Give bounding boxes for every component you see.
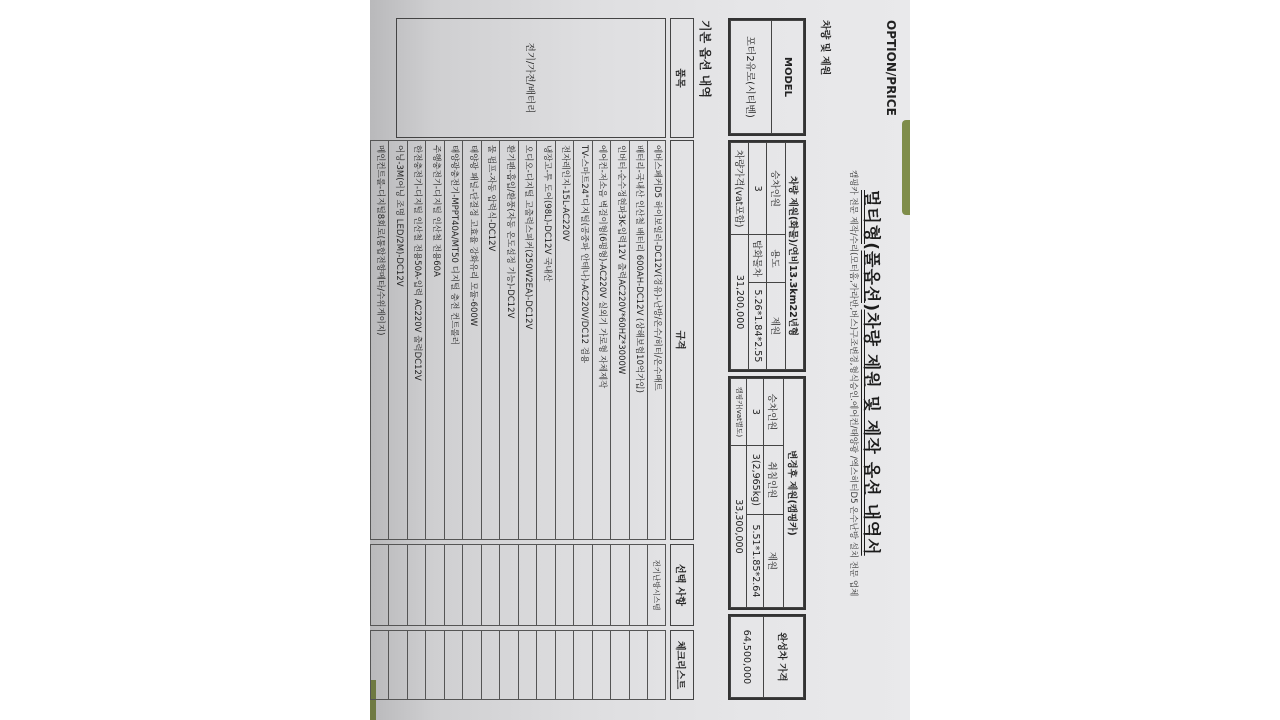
current-spec-value: 3 xyxy=(749,143,767,235)
new-spec-value: 3(2,965kg) xyxy=(747,445,763,514)
header-checklist: 체크리스트 xyxy=(670,630,694,700)
table-row: 주행충전기-디지털 인산철 전용60A xyxy=(426,140,445,700)
current-spec-value: 5.26*1.84*2.55 xyxy=(749,282,767,369)
option-selection xyxy=(407,544,426,626)
final-price-table: 완성차 가격 64,500,000 xyxy=(728,614,806,700)
option-spec: 전자레인지-15L-AC220V xyxy=(555,140,574,540)
option-spec: 한전충전기-디지털 인산철 전용50A-입력 AC220V 출력DC12V xyxy=(407,140,426,540)
current-price-value: 31,200,000 xyxy=(731,235,749,370)
table-row: 냉장고-투 도어(98L)-DC12V 국내산 xyxy=(537,140,556,700)
option-price-label: OPTION/PRICE xyxy=(884,20,898,116)
section-options-heading: 기본 옵션 내역 xyxy=(697,20,714,98)
option-checkbox[interactable] xyxy=(426,630,445,700)
table-row: 배터리-국내산 인산철 배터리 600AH-DC12V (상해보험10억가입) xyxy=(629,140,648,700)
table-row: 태양광충전기-MPPT40A/MT50 디지털 충전 컨트롤러 xyxy=(444,140,463,700)
option-checkbox[interactable] xyxy=(592,630,611,700)
option-spec: 냉장고-투 도어(98L)-DC12V 국내산 xyxy=(537,140,556,540)
new-spec-label: 승차인원 xyxy=(763,379,783,446)
option-checkbox[interactable] xyxy=(537,630,556,700)
current-spec-label: 승차인원 xyxy=(767,143,785,235)
table-row: 오디오-디지털 고출력스피커(250W2EA)-DC12V xyxy=(518,140,537,700)
current-spec-value: 탑화물차 xyxy=(749,235,767,283)
category-cell: 전기/가전/배터리 xyxy=(396,18,666,138)
option-spec: 어닝-3M(어닝 조명 LED/2M)-DC12V xyxy=(389,140,408,540)
current-spec-header: 차량 제원(화물)/연비13.3km22년형 xyxy=(785,143,803,370)
new-spec-header: 변경후 제원(캠핑카) xyxy=(783,379,803,608)
current-spec-label: 제원 xyxy=(767,282,785,369)
new-spec-value: 5.51*1.85*2.64 xyxy=(747,514,763,607)
option-spec: 물 펌프-자동 압력식-DC12V xyxy=(481,140,500,540)
option-selection xyxy=(592,544,611,626)
option-selection xyxy=(574,544,593,626)
option-checkbox[interactable] xyxy=(444,630,463,700)
option-price-sheet: OPTION/PRICE 멀티형(풀옵션)차량 제원 및 제작 옵션 내역서 캠… xyxy=(370,0,910,720)
option-spec: 에버스페커D5 하이보일러-DC12V(경유)-난방/온수/히터/온수매트 xyxy=(648,140,667,540)
option-checkbox[interactable] xyxy=(629,630,648,700)
option-checkbox[interactable] xyxy=(481,630,500,700)
option-spec: 배터리-국내산 인산철 배터리 600AH-DC12V (상해보험10억가입) xyxy=(629,140,648,540)
table-row: 환기팬-흡입/환풍(자동 온도설정 기능)-DC12V xyxy=(500,140,519,700)
table-row: 전자레인지-15L-AC220V xyxy=(555,140,574,700)
option-selection xyxy=(537,544,556,626)
option-checkbox[interactable] xyxy=(463,630,482,700)
option-selection xyxy=(463,544,482,626)
current-spec-label: 용도 xyxy=(767,235,785,283)
current-spec-table: 차량 제원(화물)/연비13.3km22년형 승차인원 용도 제원 3 탑화물차… xyxy=(728,140,806,372)
table-row: 에어컨-저소음 벽걸이형(6평형)-AC220V 실외기 가로형 자체제작 xyxy=(592,140,611,700)
header-selection: 선택 사항 xyxy=(670,544,694,626)
new-spec-label: 취침인원 xyxy=(763,445,783,514)
document-photo: OPTION/PRICE 멀티형(풀옵션)차량 제원 및 제작 옵션 내역서 캠… xyxy=(370,0,910,720)
table-row: 인버터-순수정현파3K-입력12V 출력AC220V*60HZ*3000W xyxy=(611,140,630,700)
option-selection xyxy=(444,544,463,626)
option-selection xyxy=(518,544,537,626)
table-row: 메인컨트롤-디지털8회로(통합전향메타/수위게이지) xyxy=(370,140,389,700)
option-spec: 주행충전기-디지털 인산철 전용60A xyxy=(426,140,445,540)
new-spec-label: 제원 xyxy=(763,514,783,607)
option-spec: 오디오-디지털 고출력스피커(250W2EA)-DC12V xyxy=(518,140,537,540)
option-checkbox[interactable] xyxy=(611,630,630,700)
option-selection: 전기난방시스템 xyxy=(648,544,667,626)
option-spec: 태양광 패널-단결정 고효율 강화유리 모듈-600W xyxy=(463,140,482,540)
header-item: 품목 xyxy=(670,18,694,138)
table-row: 에버스페커D5 하이보일러-DC12V(경유)-난방/온수/히터/온수매트전기난… xyxy=(648,140,667,700)
table-row: 태양광 패널-단결정 고효율 강화유리 모듈-600W xyxy=(463,140,482,700)
option-checkbox[interactable] xyxy=(518,630,537,700)
option-selection xyxy=(389,544,408,626)
option-rows: 에버스페커D5 하이보일러-DC12V(경유)-난방/온수/히터/온수매트전기난… xyxy=(370,140,666,700)
option-checkbox[interactable] xyxy=(648,630,667,700)
option-selection xyxy=(426,544,445,626)
option-checkbox[interactable] xyxy=(555,630,574,700)
new-spec-table: 변경후 제원(캠핑카) 승차인원 취침인원 제원 3 3(2,965kg) 5.… xyxy=(728,376,806,610)
option-checkbox[interactable] xyxy=(407,630,426,700)
new-price-value: 33,300,000 xyxy=(731,445,748,607)
model-table: MODEL 포터2유로(시티벤) xyxy=(728,18,806,136)
table-row: 물 펌프-자동 압력식-DC12V xyxy=(481,140,500,700)
option-spec: 환기팬-흡입/환풍(자동 온도설정 기능)-DC12V xyxy=(500,140,519,540)
option-spec: TV-스마트24"디지털(공중파 안테나)-AC220V/DC12 겸용 xyxy=(574,140,593,540)
option-selection xyxy=(500,544,519,626)
model-header: MODEL xyxy=(772,21,804,134)
option-checkbox[interactable] xyxy=(389,630,408,700)
final-price-value: 64,500,000 xyxy=(731,617,764,698)
option-spec: 에어컨-저소음 벽걸이형(6평형)-AC220V 실외기 가로형 자체제작 xyxy=(592,140,611,540)
final-price-header: 완성차 가격 xyxy=(763,617,803,698)
current-price-label: 차량가격(vat포함) xyxy=(731,143,749,235)
new-price-label: 캠핑카(vat별도) xyxy=(731,379,748,446)
table-row: 한전충전기-디지털 인산철 전용50A-입력 AC220V 출력DC12V xyxy=(407,140,426,700)
section-vehicle-heading: 차량 및 제원 xyxy=(819,20,834,75)
option-checkbox[interactable] xyxy=(500,630,519,700)
document-subtitle: 캠핑카 전문 제작/수리(모터홈,카라반,버스)구조변경,형식승인.에어컨/태양… xyxy=(848,170,860,596)
option-selection xyxy=(629,544,648,626)
option-selection xyxy=(555,544,574,626)
option-selection xyxy=(611,544,630,626)
option-spec: 메인컨트롤-디지털8회로(통합전향메타/수위게이지) xyxy=(370,140,389,540)
option-selection xyxy=(370,544,389,626)
header-spec: 규격 xyxy=(670,140,694,540)
table-row: TV-스마트24"디지털(공중파 안테나)-AC220V/DC12 겸용 xyxy=(574,140,593,700)
new-spec-value: 3 xyxy=(747,379,763,446)
option-checkbox[interactable] xyxy=(370,630,389,700)
model-value: 포터2유로(시티벤) xyxy=(731,21,772,134)
option-selection xyxy=(481,544,500,626)
option-spec: 태양광충전기-MPPT40A/MT50 디지털 충전 컨트롤러 xyxy=(444,140,463,540)
option-checkbox[interactable] xyxy=(574,630,593,700)
table-row: 어닝-3M(어닝 조명 LED/2M)-DC12V xyxy=(389,140,408,700)
option-spec: 인버터-순수정현파3K-입력12V 출력AC220V*60HZ*3000W xyxy=(611,140,630,540)
document-title: 멀티형(풀옵션)차량 제원 및 제작 옵션 내역서 xyxy=(861,190,886,556)
